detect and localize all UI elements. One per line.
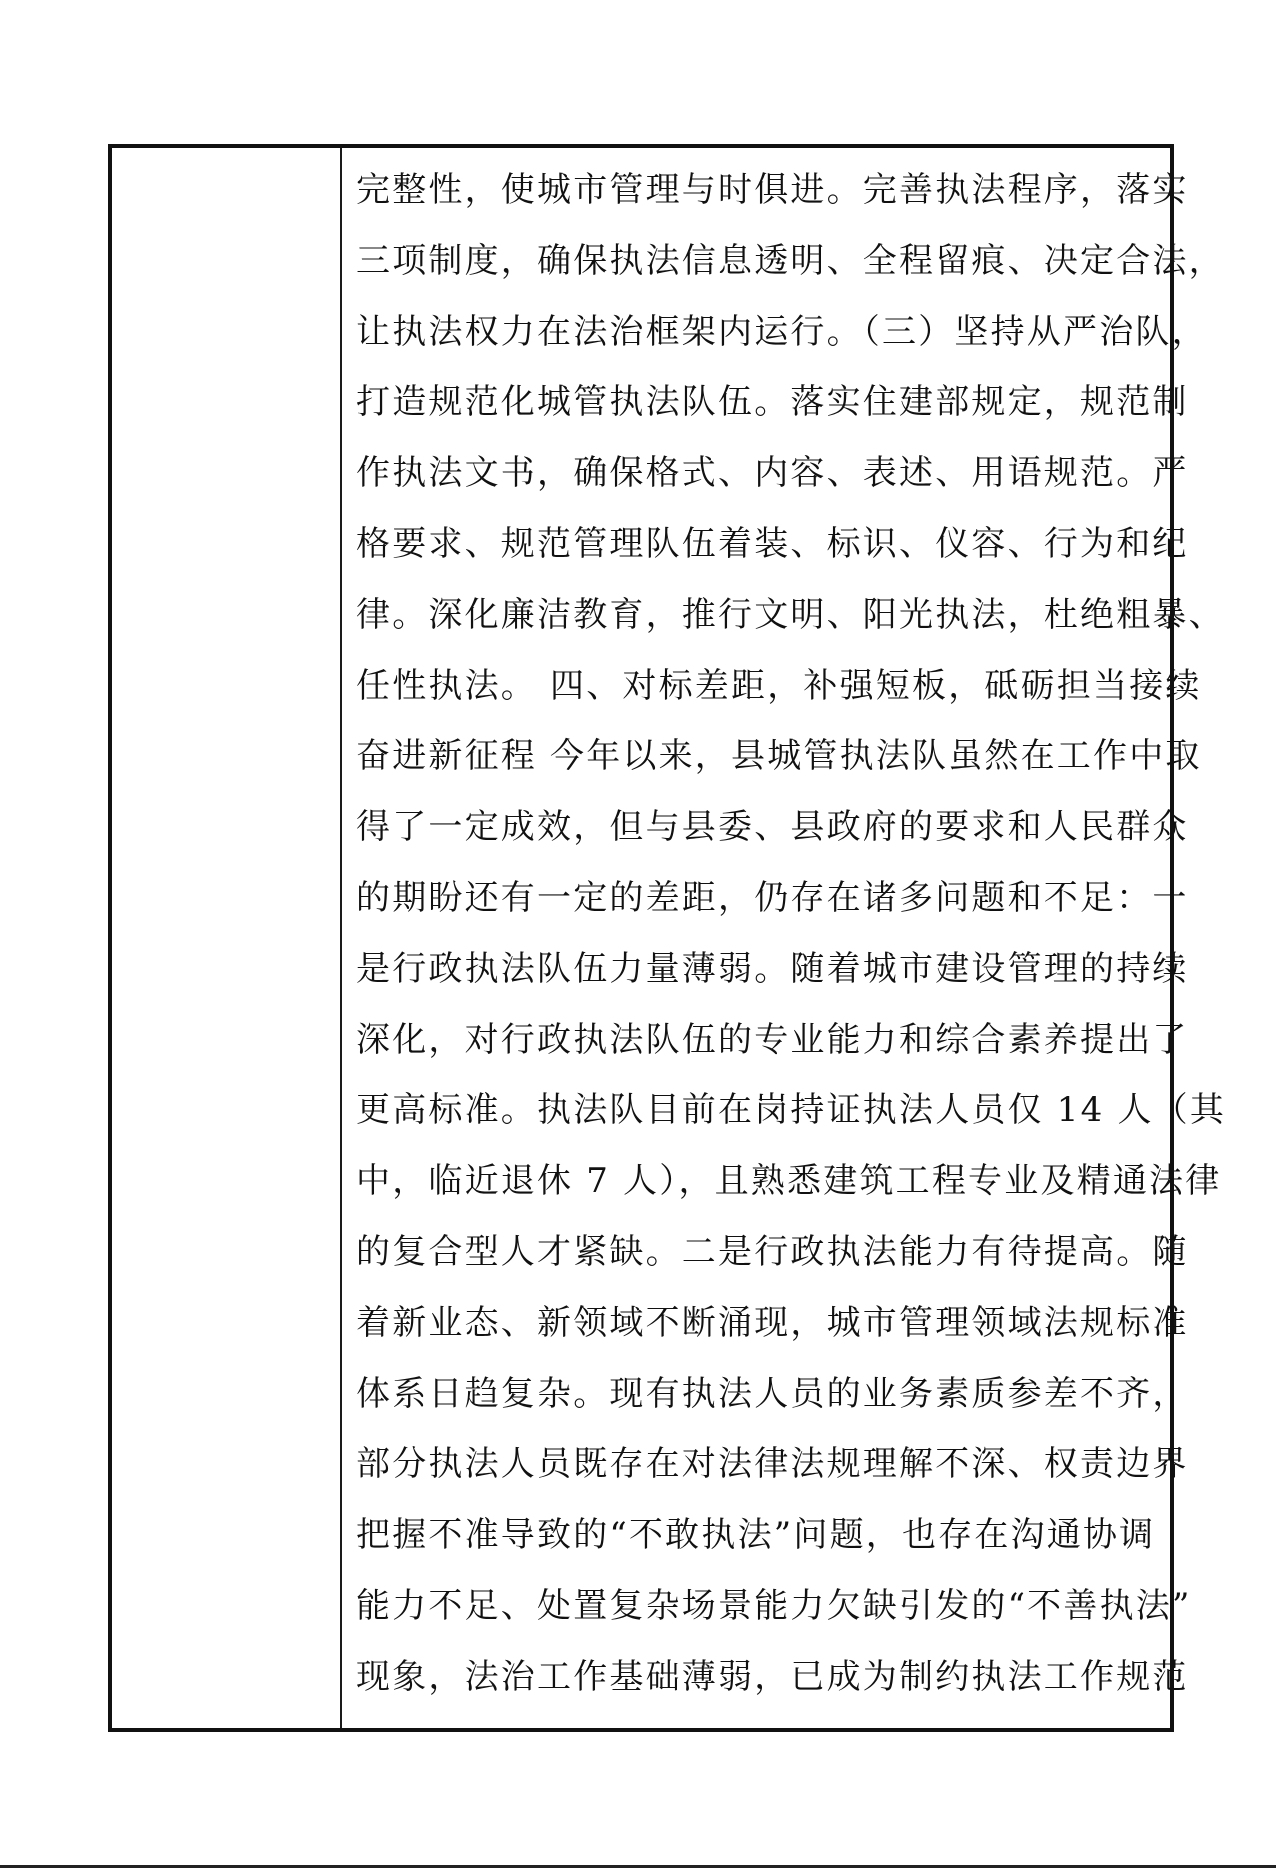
text-line: 把握不准导致的“不敢执法”问题，也存在沟通协调 <box>356 1513 1155 1557</box>
table-left-cell <box>112 148 342 1728</box>
text-line: 完整性，使城市管理与时俱进。完善执法程序，落实 <box>356 168 1189 212</box>
document-page: 完整性，使城市管理与时俱进。完善执法程序，落实 三项制度，确保执法信息透明、全程… <box>0 0 1276 1868</box>
table-right-cell: 完整性，使城市管理与时俱进。完善执法程序，落实 三项制度，确保执法信息透明、全程… <box>342 148 1170 1728</box>
text-line: 律。深化廉洁教育，推行文明、阳光执法，杜绝粗暴、 <box>356 593 1225 637</box>
text-line: 深化，对行政执法队伍的专业能力和综合素养提出了 <box>356 1018 1189 1062</box>
text-line: 三项制度，确保执法信息透明、全程留痕、决定合法， <box>356 239 1225 283</box>
text-line: 部分执法人员既存在对法律法规理解不深、权责边界 <box>356 1442 1189 1486</box>
text-line: 现象，法治工作基础薄弱，已成为制约执法工作规范 <box>356 1655 1189 1699</box>
text-line: 作执法文书，确保格式、内容、表述、用语规范。严 <box>356 451 1189 495</box>
text-line: 打造规范化城管执法队伍。落实住建部规定，规范制 <box>356 380 1189 424</box>
text-line: 是行政执法队伍力量薄弱。随着城市建设管理的持续 <box>356 947 1189 991</box>
text-line: 任性执法。 四、对标差距，补强短板，砥砺担当接续 <box>356 664 1202 708</box>
text-line: 得了一定成效，但与县委、县政府的要求和人民群众 <box>356 805 1189 849</box>
text-line: 着新业态、新领域不断涌现，城市管理领域法规标准 <box>356 1301 1189 1345</box>
text-line: 奋进新征程 今年以来，县城管执法队虽然在工作中取 <box>356 734 1202 778</box>
text-line: 格要求、规范管理队伍着装、标识、仪容、行为和纪 <box>356 522 1189 566</box>
content-table: 完整性，使城市管理与时俱进。完善执法程序，落实 三项制度，确保执法信息透明、全程… <box>108 144 1174 1732</box>
text-line: 的期盼还有一定的差距，仍存在诸多问题和不足：一 <box>356 876 1189 920</box>
text-line: 中，临近退休 7 人），且熟悉建筑工程专业及精通法律 <box>356 1159 1221 1203</box>
text-line: 能力不足、处置复杂场景能力欠缺引发的“不善执法” <box>356 1584 1192 1628</box>
text-line: 的复合型人才紧缺。二是行政执法能力有待提高。随 <box>356 1230 1189 1274</box>
text-line: 体系日趋复杂。现有执法人员的业务素质参差不齐， <box>356 1372 1189 1416</box>
text-line: 让执法权力在法治框架内运行。（三）坚持从严治队， <box>356 310 1208 354</box>
text-line: 更高标准。执法队目前在岗持证执法人员仅 14 人（其 <box>356 1088 1226 1132</box>
